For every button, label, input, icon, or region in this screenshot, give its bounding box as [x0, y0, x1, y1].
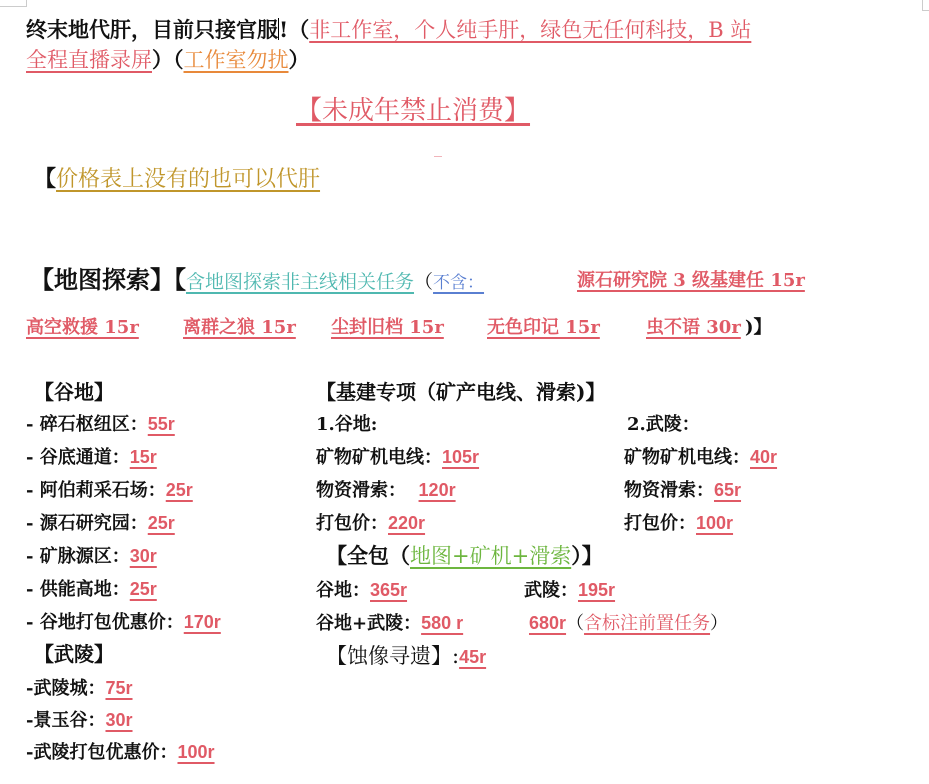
paren-open: （ [566, 613, 584, 634]
infra-wuling-title: 2.武陵： [627, 410, 700, 436]
item-name: -景玉谷： [26, 710, 105, 731]
item-name: - 谷底通道： [26, 447, 130, 468]
item-price[interactable]: 220r [388, 513, 425, 533]
item-price[interactable]: 105r [442, 447, 479, 467]
item-price[interactable]: 25r [166, 480, 193, 500]
list-item: 矿物矿机电线：105r [316, 443, 479, 469]
excluded-item[interactable]: 源石研究院 3 级基建任 15r [577, 266, 805, 292]
full-valley: 谷地：365r [316, 576, 407, 602]
item-name: - 供能高地： [26, 579, 130, 600]
header-line-1: 终末地代肝，目前只接官服!（非工作室，个人纯手肝，绿色无任何科技，B 站 [26, 14, 751, 44]
item-name: - 碎石枢纽区： [26, 414, 148, 435]
excluded-item[interactable]: 尘封旧档 15r [331, 313, 444, 339]
map-explore-line-1: 【地图探索】【含地图探索非主线相关任务（不含： [30, 260, 484, 295]
minor-notice: 【未成年禁止消费】 [296, 90, 530, 127]
item-price[interactable]: 100r [696, 513, 733, 533]
item-price[interactable]: 120r [419, 480, 456, 500]
item-price[interactable]: 365r [370, 580, 407, 600]
full-package-link[interactable]: 地图+矿机+滑索 [410, 544, 571, 568]
list-item: 物资滑索： 120r [316, 476, 456, 502]
list-item: -武陵城：75r [26, 674, 133, 700]
header-main-text: 终末地代肝，目前只接官服 [26, 17, 278, 42]
header-paren-close: ） [289, 47, 310, 72]
item-name: -武陵城： [26, 678, 105, 699]
list-item: 打包价：100r [624, 509, 733, 535]
header-line-2: 全程直播录屏）（工作室勿扰） [26, 44, 310, 74]
map-explore-includes[interactable]: 含地图探索非主线相关任务 [186, 271, 414, 293]
full-both-alt: 680r（含标注前置任务） [529, 609, 728, 635]
item-price[interactable]: 195r [578, 580, 615, 600]
item-price[interactable]: 25r [148, 513, 175, 533]
custom-note-link[interactable]: 价格表上没有的也可以代肝 [56, 167, 320, 192]
excludes-label[interactable]: 不含： [433, 273, 484, 293]
item-price[interactable]: 40r [750, 447, 777, 467]
excluded-item[interactable]: 高空救援 15r [26, 313, 139, 339]
stray-mark [434, 156, 442, 157]
relic: 【蚀像寻遗】:45r [326, 640, 486, 670]
list-item: - 矿脉源区：30r [26, 542, 157, 568]
excluded-item[interactable]: 离群之狼 15r [183, 313, 296, 339]
item-name: - 阿伯莉采石场： [26, 480, 166, 501]
item-name: - 源石研究园： [26, 513, 148, 534]
full-package-title: 【全包（地图+矿机+滑索）】 [326, 540, 603, 570]
item-name: - 谷地打包优惠价： [26, 612, 184, 633]
list-item: -武陵打包优惠价：100r [26, 738, 215, 764]
item-price[interactable]: 170r [184, 612, 221, 632]
list-item: -景玉谷：30r [26, 706, 133, 732]
item-name: -武陵打包优惠价： [26, 742, 177, 763]
map-explore-title: 【地图探索】【 [30, 265, 186, 294]
item-price[interactable]: 75r [105, 678, 132, 698]
full-package-open: 【全包（ [326, 543, 410, 568]
item-price[interactable]: 680r [529, 613, 566, 633]
item-price[interactable]: 45r [459, 647, 486, 667]
list-item: - 供能高地：25r [26, 575, 157, 601]
valley-title: 【谷地】 [34, 376, 114, 405]
item-price[interactable]: 25r [130, 579, 157, 599]
item-price[interactable]: 30r [130, 546, 157, 566]
item-price[interactable]: 15r [130, 447, 157, 467]
list-item: - 碎石枢纽区：55r [26, 410, 175, 436]
paren-open: （ [414, 271, 433, 293]
relic-title: 【蚀像寻遗】: [326, 644, 459, 668]
item-name: 武陵： [524, 580, 578, 601]
full-both: 谷地+武陵：580 r [316, 609, 463, 635]
excluded-item[interactable]: 虫不语 30r [646, 313, 741, 339]
item-price[interactable]: 100r [177, 742, 214, 762]
list-item: 打包价：220r [316, 509, 425, 535]
item-name: 矿物矿机电线： [316, 447, 442, 468]
wuling-title: 【武陵】 [34, 638, 114, 667]
custom-note-bracket: 【 [34, 166, 56, 192]
infra-valley-title: 1.谷地: [316, 410, 377, 436]
item-name: - 矿脉源区： [26, 546, 130, 567]
crop-mark-top-right [922, 0, 929, 11]
item-price[interactable]: 580 r [421, 613, 463, 633]
custom-note: 【价格表上没有的也可以代肝 [34, 162, 320, 193]
map-explore-close: )】 [745, 313, 772, 339]
prereq-note-link[interactable]: 含标注前置任务 [584, 613, 710, 634]
full-wuling: 武陵：195r [524, 576, 615, 602]
item-name: 打包价： [316, 513, 388, 534]
list-item: - 源石研究园：25r [26, 509, 175, 535]
list-item: 矿物矿机电线：40r [624, 443, 777, 469]
item-name: 矿物矿机电线： [624, 447, 750, 468]
crop-mark-top-left [0, 0, 27, 7]
item-price[interactable]: 65r [714, 480, 741, 500]
full-package-close: ）】 [571, 543, 603, 568]
header-paren: ）（ [152, 47, 184, 72]
list-item: - 阿伯莉采石场：25r [26, 476, 193, 502]
item-name: 谷地： [316, 580, 370, 601]
item-name: 物资滑索： [316, 480, 419, 501]
item-name: 物资滑索： [624, 480, 714, 501]
livestream-link[interactable]: 全程直播录屏 [26, 48, 152, 72]
paren-close: ） [710, 613, 728, 634]
excluded-item[interactable]: 无色印记 15r [487, 313, 600, 339]
item-price[interactable]: 30r [105, 710, 132, 730]
list-item: - 谷地打包优惠价：170r [26, 608, 221, 634]
no-studio-link[interactable]: 工作室勿扰 [184, 48, 289, 72]
list-item: 物资滑索：65r [624, 476, 741, 502]
header-disclaimer-link[interactable]: 非工作室，个人纯手肝，绿色无任何科技，B 站 [309, 18, 751, 42]
item-price[interactable]: 55r [148, 414, 175, 434]
item-name: 打包价： [624, 513, 696, 534]
header-exclaim: !（ [279, 17, 309, 42]
list-item: - 谷底通道：15r [26, 443, 157, 469]
infrastructure-title: 【基建专项（矿产电线、滑索)】 [316, 376, 605, 405]
item-name: 谷地+武陵： [316, 613, 421, 634]
